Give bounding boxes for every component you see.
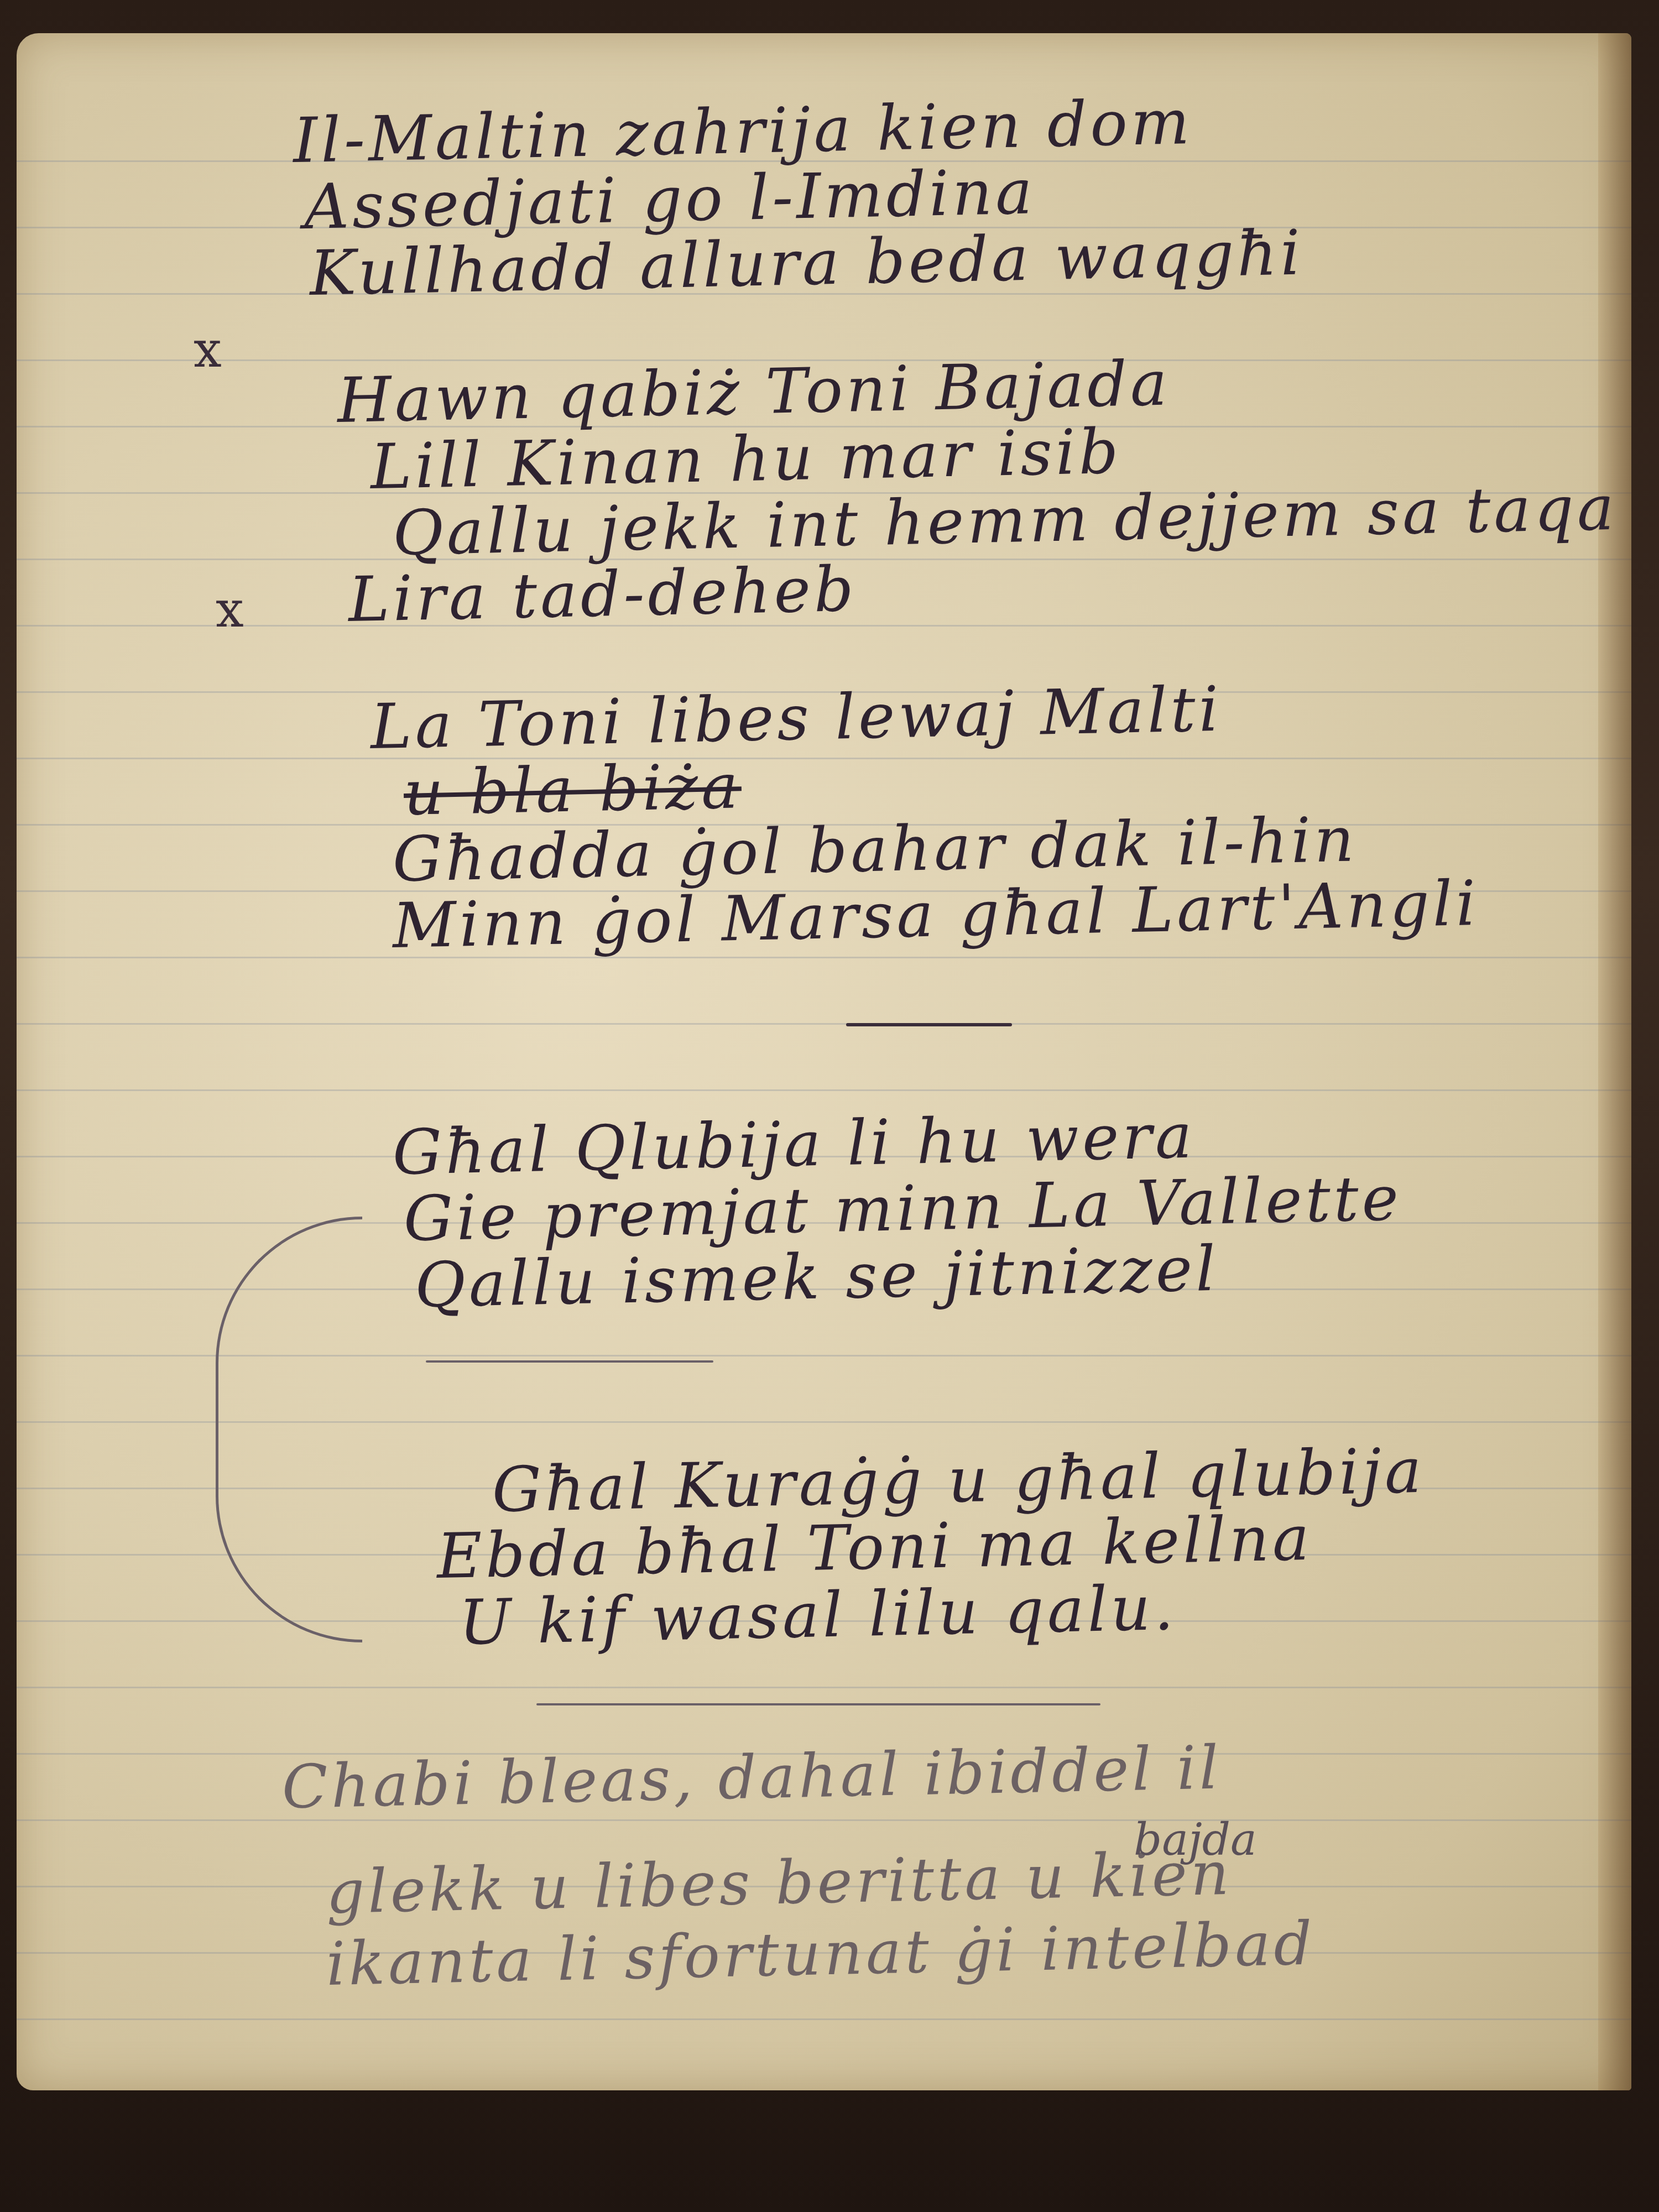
ruled-line [17, 957, 1631, 958]
margin-x-mark: x [194, 321, 222, 379]
swap-arrow-icon [216, 1217, 362, 1642]
stanza-2-line-4: Lira tad-deheb [348, 554, 858, 636]
pencil-arrow-line [536, 1703, 1100, 1705]
stanza-3-line-1: La Toni libes lewaj Malti [370, 674, 1223, 763]
section-divider [846, 1023, 1012, 1026]
ruled-line [17, 758, 1631, 759]
ruled-line [17, 2018, 1631, 2020]
page-edge [1598, 33, 1631, 2090]
stanza-5-line-3: U kif wasal lilu qalu. [458, 1572, 1178, 1659]
ruled-line [17, 1819, 1631, 1821]
pencil-arrow-line [426, 1360, 713, 1363]
margin-x-mark: x [216, 581, 244, 639]
ruled-line [17, 1023, 1631, 1025]
ruled-line [17, 1089, 1631, 1091]
pencil-line-1: Chabi bleas, dahal ibiddel il [281, 1733, 1223, 1822]
notebook-page: Il-Maltin zahrija kien dom Assedjati go … [17, 33, 1631, 2090]
ruled-line [17, 1687, 1631, 1688]
